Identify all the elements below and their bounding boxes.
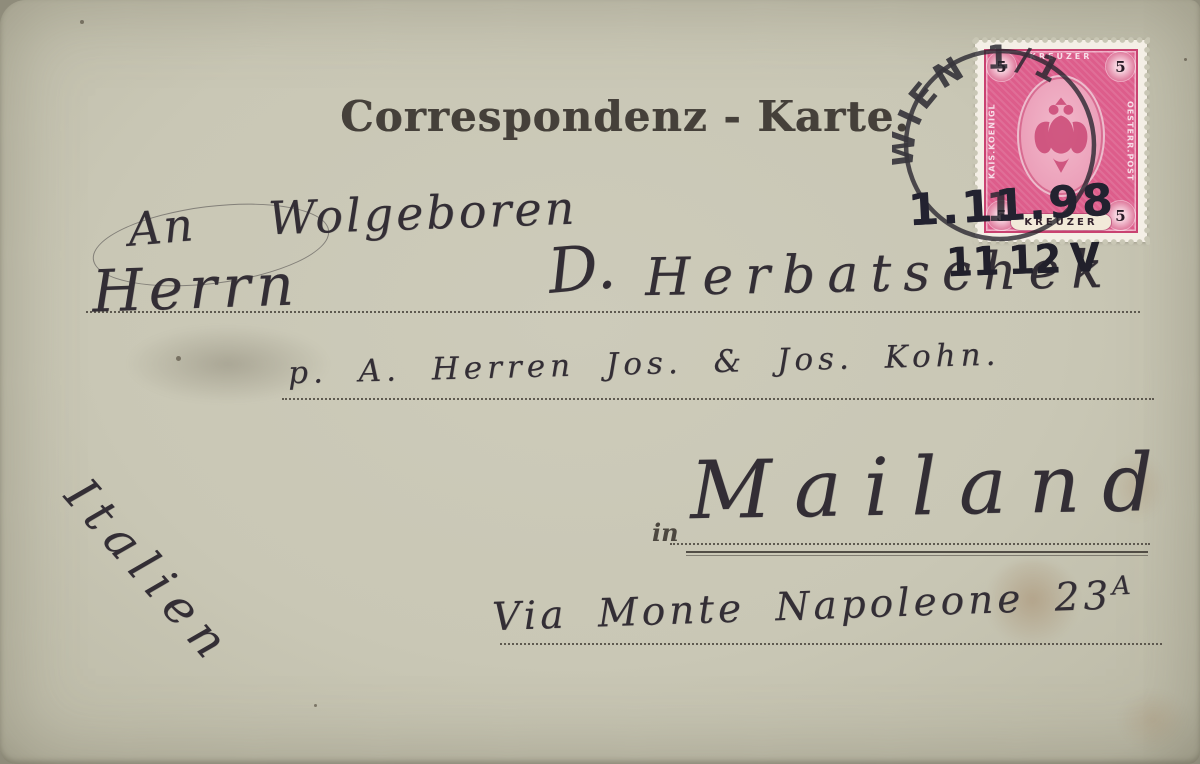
handwritten-country: Italien xyxy=(54,468,245,676)
postcard-front: Correspondenz - Karte. in An Wolgeboren … xyxy=(0,0,1200,764)
stamp-right-inscription: OESTERR.POST xyxy=(1124,83,1136,199)
paper-speck xyxy=(80,20,84,24)
handwritten-an: An xyxy=(126,197,197,257)
stamp-perforation xyxy=(1143,37,1151,245)
handwritten-care-of-line: p. A. Herren Jos. & Jos. Kohn. xyxy=(288,337,1001,392)
address-rule-street xyxy=(500,643,1162,645)
handwritten-city: Mailand xyxy=(689,436,1176,537)
address-rule-city-underline xyxy=(686,551,1148,556)
postmark-city-arc: WIEN 1/1 xyxy=(892,37,1071,169)
address-rule-city-dotted xyxy=(670,543,1150,545)
address-rule-2 xyxy=(282,398,1154,400)
paper-speck xyxy=(1184,58,1187,61)
postmark-date: 1.11.98 xyxy=(907,175,1117,237)
brown-stain xyxy=(1118,690,1188,750)
handwritten-herrn: Herrn xyxy=(91,250,301,325)
svg-text:WIEN 1/1: WIEN 1/1 xyxy=(892,37,1071,169)
handwritten-initial: D. xyxy=(545,229,618,308)
paper-speck xyxy=(176,356,181,361)
street-text: Via Monte Napoleone 23 xyxy=(491,574,1113,641)
card-title: Correspondenz - Karte. xyxy=(330,92,920,141)
handwritten-street: Via Monte Napoleone 23A xyxy=(491,571,1135,640)
paper-speck xyxy=(314,704,317,707)
postmark-time-code: 11 12 V xyxy=(945,234,1100,286)
street-suffix: A xyxy=(1111,571,1135,602)
handwritten-salutation: Wolgeboren xyxy=(267,181,578,246)
postcard-scan: Correspondenz - Karte. in An Wolgeboren … xyxy=(0,0,1200,764)
